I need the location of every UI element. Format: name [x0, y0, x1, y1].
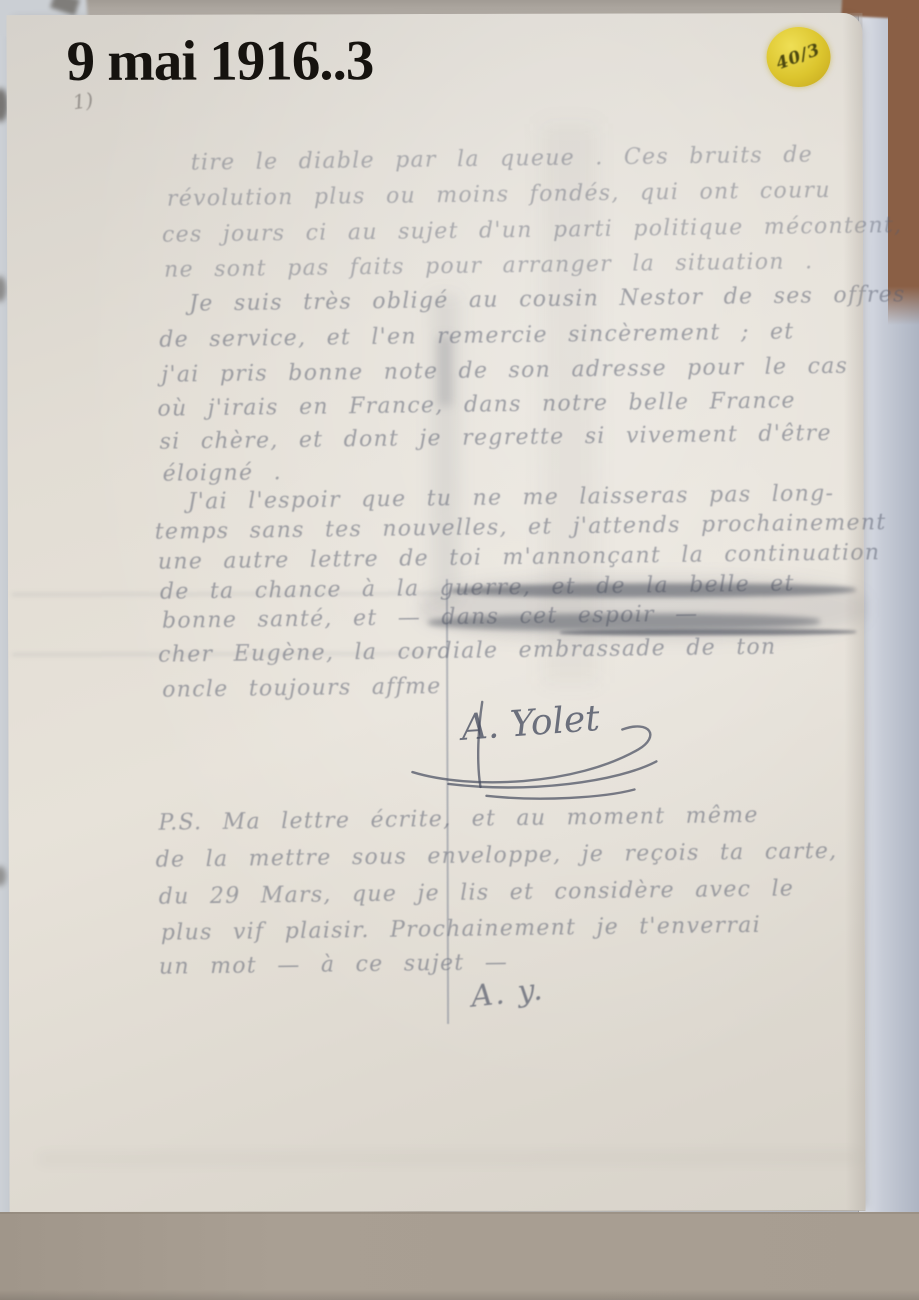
bottom-shelf-band	[0, 1212, 919, 1300]
handwriting-line: éloigné .	[162, 460, 282, 487]
postscript-line: un mot — à ce sujet —	[159, 950, 508, 980]
paper-edge-shade	[842, 13, 865, 1210]
backing-board	[888, 0, 919, 325]
margin-note: 1)	[71, 88, 95, 115]
sticker-label: 40/3	[774, 40, 824, 75]
signature: A. Yolet	[390, 691, 690, 807]
archive-sticker: 40/3	[766, 27, 830, 87]
paper-sheet: 9 mai 1916..3 40/3 1) tire le diable par…	[6, 13, 865, 1213]
page-title: 9 mai 1916..3	[66, 28, 373, 94]
photo-of-letter: 9 mai 1916..3 40/3 1) tire le diable par…	[0, 0, 919, 1300]
